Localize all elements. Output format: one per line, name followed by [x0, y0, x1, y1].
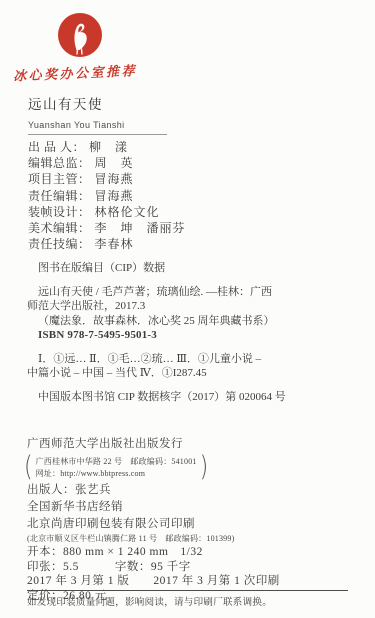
publisher-address: 广西桂林市中华路 22 号 邮政编码：541001: [36, 456, 197, 468]
staff-value: 冒海燕: [95, 189, 134, 203]
publisher-address-group: ( 广西桂林市中华路 22 号 邮政编码：541001 网址：http://ww…: [24, 454, 367, 481]
staff-row-responsible-editor: 责任编辑：冒海燕: [28, 188, 348, 204]
edition-printing: 2017 年 3 月第 1 版 2017 年 3 月第 1 次印刷: [27, 574, 367, 589]
distribution: 全国新华书店经销: [27, 499, 367, 516]
publisher-name: 广西师范大学出版社出版发行: [27, 436, 367, 453]
staff-value: 李春林: [95, 237, 134, 251]
staff-label: 美术编辑：: [28, 221, 91, 235]
sheets-wordcount: 印张：5.5 字数：95 千字: [27, 560, 367, 575]
staff-row-design: 装帧设计：林格伦文化: [28, 204, 348, 220]
staff-value: 冒海燕: [95, 172, 134, 186]
book-pinyin: Yuanshan You Tianshi: [28, 120, 348, 130]
cip-entry-line2: 师范大学出版社，2017.3: [27, 299, 357, 314]
bingxin-award-crane-icon: [57, 12, 103, 58]
staff-row-technical-editor: 责任技编：李春林: [28, 236, 348, 252]
cip-series: （魔法象．故事森林．冰心奖 25 周年典藏书系）: [27, 314, 357, 329]
staff-row-project-manager: 项目主管：冒海燕: [28, 171, 348, 187]
printer-address: (北京市顺义区牛栏山镇腾仁路 11 号 邮政编码：101399): [27, 533, 367, 545]
staff-label: 出 品 人：: [28, 140, 85, 154]
staff-label: 责任技编：: [28, 237, 91, 251]
cip-heading: 图书在版编目（CIP）数据: [27, 261, 357, 276]
staff-row-editorial-director: 编辑总监：周 英: [28, 155, 348, 171]
cip-block: 图书在版编目（CIP）数据 远山有天使 / 毛芦芦著；琉璃仙绘. —桂林：广西 …: [27, 261, 357, 404]
book-title: 远山有天使: [28, 93, 348, 113]
title-block: 远山有天使 Yuanshan You Tianshi 出 品 人：柳 漾 编辑总…: [28, 93, 348, 252]
staff-value: 林格伦文化: [95, 205, 160, 219]
title-divider: [28, 134, 167, 135]
cip-record-number: 中国版本图书馆 CIP 数据核字（2017）第 020064 号: [27, 390, 357, 405]
staff-row-art-editor: 美术编辑：李 坤 潘丽芬: [28, 220, 348, 236]
footer-divider: [27, 590, 348, 591]
publishing-block: 广西师范大学出版社出版发行 ( 广西桂林市中华路 22 号 邮政编码：54100…: [27, 436, 367, 603]
staff-label: 责任编辑：: [28, 189, 91, 203]
footer-block: 如发现印装质量问题，影响阅读，请与印刷厂联系调换。: [27, 590, 348, 608]
cip-entry-line1: 远山有天使 / 毛芦芦著；琉璃仙绘. —桂林：广西: [27, 285, 357, 300]
quality-note: 如发现印装质量问题，影响阅读，请与印刷厂联系调换。: [27, 594, 348, 608]
staff-value: 周 英: [95, 156, 134, 170]
left-paren: (: [24, 451, 33, 485]
cip-classification-line2: 中篇小说 – 中国 – 当代 Ⅳ．①I287.45: [27, 366, 357, 381]
format-spec: 开本：880 mm × 1 240 mm 1/32: [27, 545, 367, 560]
staff-value: 柳 漾: [89, 140, 128, 154]
staff-row-producer: 出 品 人：柳 漾: [28, 139, 348, 155]
right-paren: ): [200, 451, 209, 485]
book-copyright-page: 冰心奖办公室推荐 远山有天使 Yuanshan You Tianshi 出 品 …: [0, 0, 375, 618]
printer: 北京尚唐印刷包装有限公司印刷: [27, 516, 367, 533]
cip-classification-line1: Ⅰ．①远… Ⅱ．①毛…②琉… Ⅲ．①儿童小说 –: [27, 352, 357, 367]
staff-value: 李 坤 潘丽芬: [95, 221, 186, 235]
publisher-website: 网址：http://www.bbtpress.com: [36, 468, 197, 480]
cip-isbn: ISBN 978-7-5495-9501-3: [27, 328, 357, 343]
staff-label: 项目主管：: [28, 172, 91, 186]
staff-label: 装帧设计：: [28, 205, 91, 219]
award-slogan-calligraphy: 冰心奖办公室推荐: [13, 59, 174, 85]
staff-label: 编辑总监：: [28, 156, 91, 170]
issuer: 出版人：张艺兵: [27, 482, 367, 499]
